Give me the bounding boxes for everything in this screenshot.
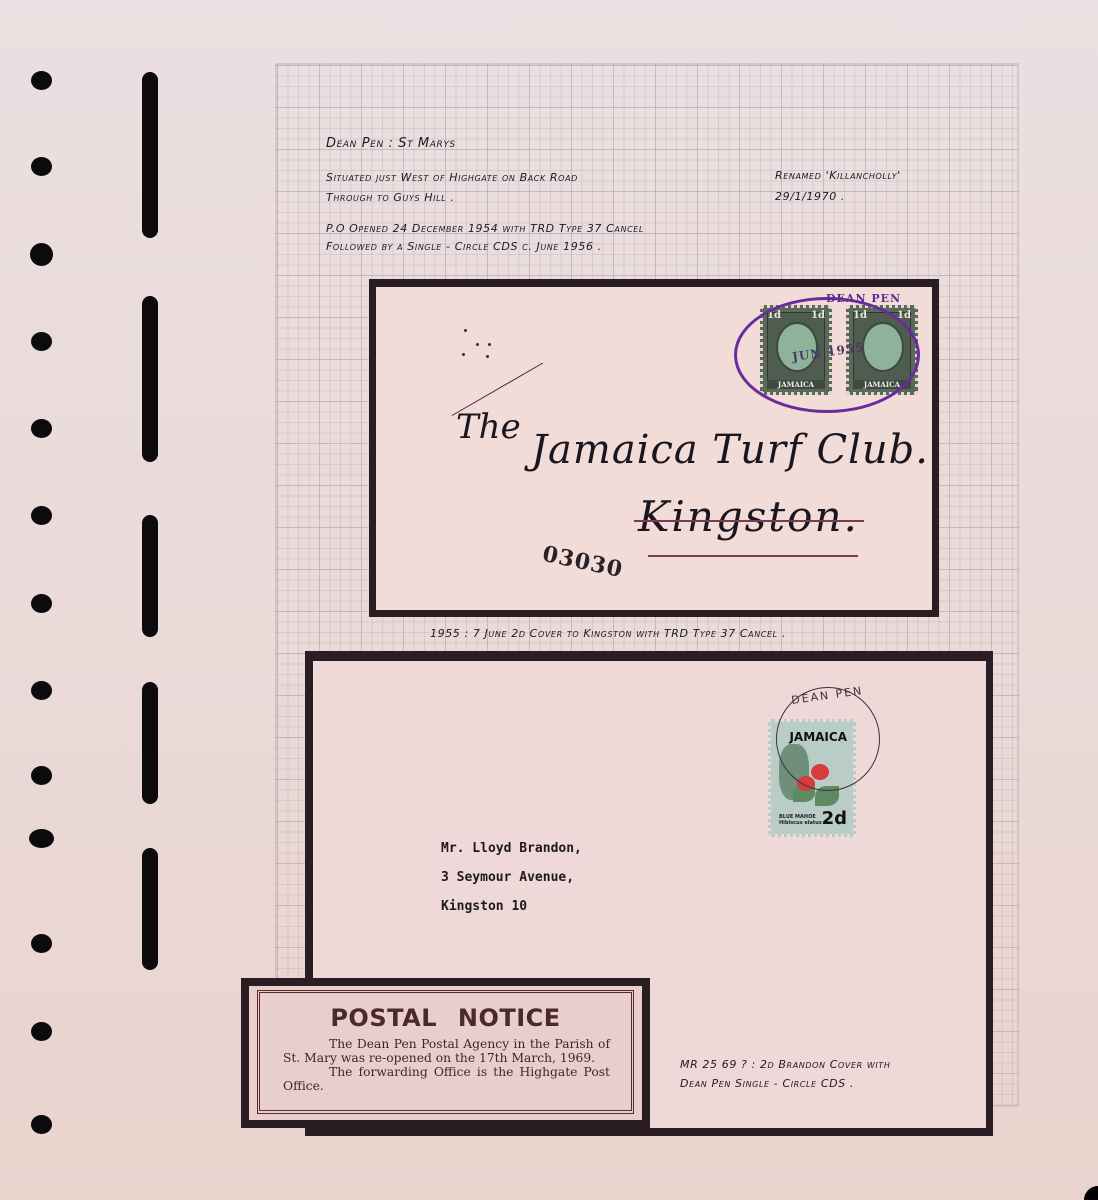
postmark-town: DEAN PEN [826, 292, 901, 305]
binder-hole [31, 419, 52, 438]
address-line1: Mr. Lloyd Brandon, [441, 841, 582, 856]
cover1: 1d 1d JAMAICA 1d 1d JAMAICA DEAN PEN JUN… [376, 287, 932, 610]
binder-hole [31, 766, 52, 785]
address-line1: The [456, 407, 521, 447]
cover2-caption-line1: MR 25 69 ? : 2d Brandon Cover with [680, 1058, 890, 1071]
stamp-caption: BLUE MAHOE Hibiscus elatus [779, 814, 822, 826]
stamp-latin: Hibiscus elatus [779, 820, 822, 826]
address-line3: Kingston. [638, 492, 859, 541]
registration-number: 03030 [540, 541, 625, 583]
binder-slot [142, 682, 158, 804]
renamed-note-line1: Renamed 'Killancholly' [775, 169, 901, 182]
renamed-note-line2: 29/1/1970 . [775, 190, 845, 203]
underline [634, 520, 864, 522]
location-note-line2: Through to Guys Hill . [326, 191, 454, 204]
cover1-caption: 1955 : 7 June 2d Cover to Kingston with … [430, 627, 786, 640]
cover2-caption-line2: Dean Pen Single - Circle CDS . [680, 1077, 854, 1090]
binder-hole [31, 934, 52, 953]
postal-notice-clipping: POSTAL NOTICE The Dean Pen Postal Agency… [249, 986, 642, 1120]
binder-hole [31, 332, 52, 351]
binder-hole [31, 1022, 52, 1041]
history-note-line1: P.O Opened 24 December 1954 with TRD Typ… [326, 222, 644, 235]
binder-hole [30, 243, 53, 266]
address-line2: 3 Seymour Avenue, [441, 870, 574, 885]
address-line3: Kingston 10 [441, 899, 527, 914]
binder-slot [142, 848, 158, 970]
binder-hole [31, 1115, 52, 1134]
binder-slot [142, 72, 158, 238]
binder-hole [31, 594, 52, 613]
page-title: Dean Pen : St Marys [326, 136, 456, 151]
notice-paragraph: The forwarding Office is the Highgate Po… [283, 1065, 610, 1093]
binder-hole [31, 506, 52, 525]
history-note-line2: Followed by a Single - Circle CDS c. Jun… [326, 240, 602, 253]
notice-paragraph: The Dean Pen Postal Agency in the Parish… [283, 1037, 610, 1065]
notice-title: POSTAL NOTICE [249, 1004, 642, 1032]
binder-hole [31, 681, 52, 700]
postal-notice-mount: POSTAL NOTICE The Dean Pen Postal Agency… [241, 978, 650, 1128]
location-note-line1: Situated just West of Highgate on Back R… [326, 171, 578, 184]
stamp-value: 2d [822, 808, 847, 829]
address-line2: Jamaica Turf Club. [531, 427, 929, 473]
underline [648, 555, 858, 557]
binder-slot [142, 515, 158, 637]
binder-slot [142, 296, 158, 462]
binder-hole [29, 829, 54, 848]
notice-body: The Dean Pen Postal Agency in the Parish… [283, 1037, 610, 1093]
binder-hole [31, 71, 52, 90]
binder-hole [31, 157, 52, 176]
